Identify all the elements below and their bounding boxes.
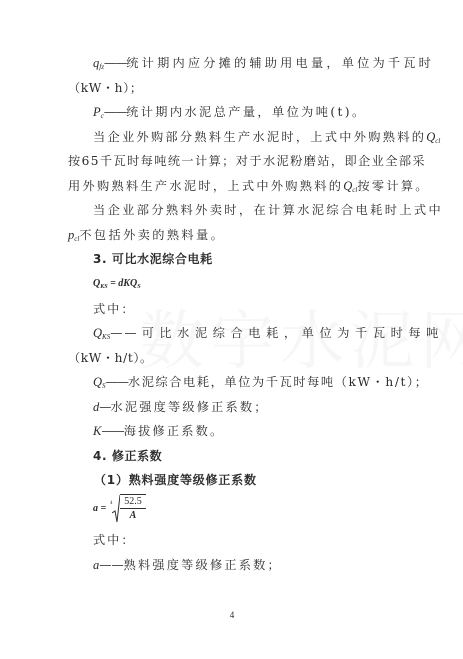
definition-a: a——熟料强度等级修正系数； xyxy=(93,555,398,575)
section-heading-4: 4. 修正系数 xyxy=(93,446,398,466)
fraction: 52.5 A xyxy=(120,494,146,522)
paragraph-clinker-sold: 当企业部分熟料外卖时，在计算水泥综合电耗时上式中 xyxy=(93,200,398,220)
definition-qs: QS——水泥综合电耗，单位为千瓦时每吨（kW・h/t）； xyxy=(93,372,398,392)
where-label: 式中： xyxy=(93,299,398,319)
document-page: 数字水泥网 qfz——统计期内应分摊的辅助用电量，单位为千瓦时 （kW・h）； … xyxy=(0,0,463,659)
paragraph-purchased-clinker: 当企业外购部分熟料生产水泥时，上式中外购熟料的Qcl xyxy=(93,127,398,147)
paragraph-line: pcl不包括外卖的熟料量。 xyxy=(68,225,398,245)
definition-qfz: qfz——统计期内应分摊的辅助用电量，单位为千瓦时 xyxy=(93,53,398,73)
subsection-heading-1: （1）熟料强度等级修正系数 xyxy=(94,470,424,490)
paragraph-line: 按65千瓦时每吨统一计算；对于水泥粉磨站，即企业全部采 xyxy=(68,151,398,171)
variable-q: qfz xyxy=(93,56,104,70)
unit-kwh: （kW・h）； xyxy=(68,78,398,98)
paragraph-line: 用外购熟料生产水泥时，上式中外购熟料的Qcl按零计算。 xyxy=(68,176,398,196)
where-label: 式中： xyxy=(93,530,398,550)
section-heading-3: 3. 可比水泥综合电耗 xyxy=(93,249,398,269)
unit-kwh-t: （kW・h/t）。 xyxy=(68,348,398,368)
definition-k: K——海拔修正系数。 xyxy=(93,421,398,441)
definition-qks: QKS——可比水泥综合电耗，单位为千瓦时每吨 xyxy=(93,323,398,343)
definition-pc: Pc——统计期内水泥总产量，单位为吨(t)。 xyxy=(93,102,398,122)
page-number: 4 xyxy=(226,610,238,620)
root-symbol-icon xyxy=(112,495,120,523)
definition-d: d—水泥强度等级修正系数； xyxy=(93,397,398,417)
formula-qks: QKS = dKQS xyxy=(93,274,398,294)
